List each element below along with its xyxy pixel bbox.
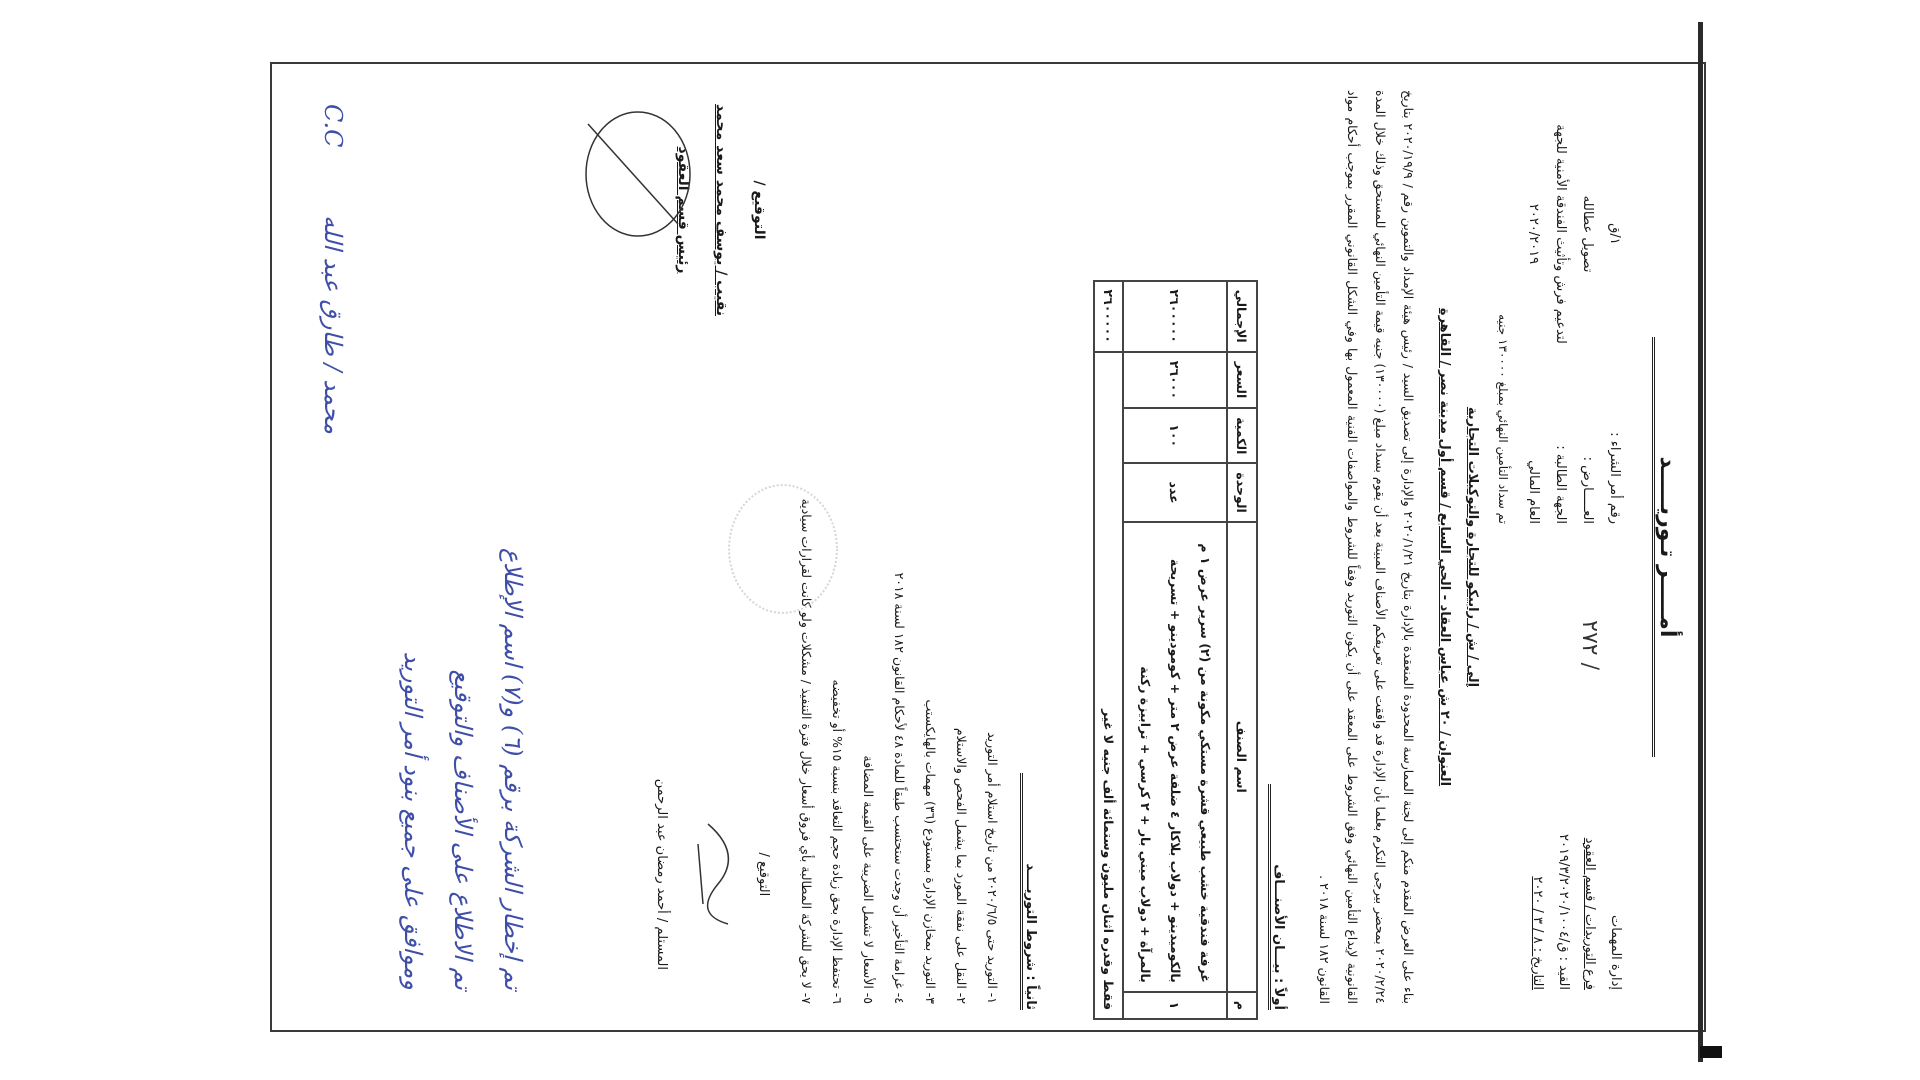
order-info-label: العام المالي bbox=[1520, 384, 1547, 524]
record-value: ق/٢٠١٩/٣/٢٠٢٠/١٠٠٤ bbox=[1556, 834, 1571, 952]
receiver-name: المستلم / أحمد رمضان عبد الرحمن bbox=[646, 779, 676, 970]
handwritten-note: تم إخطار الشركة برقم (٦) و(٧) اسم الإطلا… bbox=[488, 104, 538, 990]
grand-total: ٢٦٠٠٠٠٠ bbox=[1094, 281, 1123, 352]
cell-quantity: ١٠٠ bbox=[1123, 408, 1227, 463]
col-header-total: الإجمالي bbox=[1227, 281, 1257, 352]
order-info-value: ٢٠٢٠/٢٠١٩ bbox=[1520, 84, 1547, 384]
items-table: م اسم الصنف الوحدة الكمية السعر الإجمالي… bbox=[1093, 280, 1258, 1020]
col-header-quantity: الكمية bbox=[1227, 408, 1257, 463]
scan-corner-mark bbox=[1700, 1046, 1722, 1058]
issuer-department: إدارة المهمات bbox=[1602, 834, 1628, 990]
officer-name: نقيب / يوسف محمد سعد محمد bbox=[702, 104, 740, 316]
receiver-signature-label: التوقيع / bbox=[748, 779, 778, 970]
officer-signature-circle bbox=[578, 104, 698, 244]
term-item: ١- التوريد حتى ٢٠٢٠/٦/٥ من تاريخ استلام … bbox=[977, 124, 1008, 1004]
addressee: إلى / ش / رابيكو للتجارة والتوكيلات التج… bbox=[1465, 64, 1480, 1030]
order-info-row: العـــــارض :تصويل عطالله bbox=[1574, 84, 1601, 524]
date-value: ٨ / ٣ / ٢٠٢٠ bbox=[1530, 876, 1545, 943]
table-row: ١ غرفة فندقية خشب طبيعي قشرة مستكي مكونة… bbox=[1123, 281, 1227, 1019]
term-item: ٤- غرامة التأخير أن وجدت ستحتسب طبقاً لل… bbox=[884, 124, 915, 1004]
cell-no: ١ bbox=[1123, 992, 1227, 1019]
officer-signature-label: التوقيع / bbox=[740, 104, 778, 316]
issuer-block: إدارة المهمات فرع التوريدات / قسم العقود… bbox=[1524, 834, 1628, 990]
supply-order-page: أمـــــر تـوريـــــد إدارة المهمات فرع ا… bbox=[270, 64, 1698, 1030]
handwritten-ref-number: / ٢٧٢ bbox=[1577, 620, 1602, 670]
table-header-row: م اسم الصنف الوحدة الكمية السعر الإجمالي bbox=[1227, 281, 1257, 1019]
term-item: ٢- النقل على نفقة المورد بما يشمل الفحص … bbox=[946, 124, 977, 1004]
table-total-row: فقط وقدره اثنان مليون وستمائة ألف جنيه ل… bbox=[1094, 281, 1123, 1019]
document-title: أمـــــر تـوريـــــد bbox=[1652, 64, 1680, 1030]
order-info-row: الجهة الطالبة :لتدعيم فرش وتأثيث الفندقة… bbox=[1547, 84, 1574, 524]
handwritten-notes: تم إخطار الشركة برقم (٦) و(٧) اسم الإطلا… bbox=[388, 104, 538, 990]
order-info-label: رقم أمر الشراء : bbox=[1601, 384, 1628, 524]
cell-unit: عدد bbox=[1123, 463, 1227, 521]
payment-note: تم سداد التأمين النهائي بمبلغ ١٣٠٠٠٠ جني… bbox=[1489, 84, 1516, 524]
order-info-label: العـــــارض : bbox=[1574, 384, 1601, 524]
col-header-price: السعر bbox=[1227, 352, 1257, 408]
cell-total: ٢٦٠٠٠٠٠ bbox=[1123, 281, 1227, 352]
term-item: ٣- التوريد بمخازن الإدارة بمستودع (٣٦) م… bbox=[915, 124, 946, 1004]
order-info-row: العام المالي٢٠٢٠/٢٠١٩ bbox=[1520, 84, 1547, 524]
section-items-title: أولاً : بيـــان الأصنـــاف bbox=[1271, 784, 1286, 1010]
handwritten-cc: C.C bbox=[319, 104, 347, 148]
section-terms-title-text: ثانياً : شروط التوريــــد bbox=[1020, 773, 1038, 1010]
order-info-value: تصويل عطالله bbox=[1574, 84, 1601, 384]
issuer-branch: فرع التوريدات / قسم العقود bbox=[1576, 834, 1602, 990]
receiver-signature-block: التوقيع / المستلم / أحمد رمضان عبد الرحم… bbox=[646, 779, 778, 970]
handwritten-note: وموافق على جميع بنود أمر التوريد bbox=[388, 104, 438, 990]
section-items-title-text: أولاً : بيـــان الأصنـــاف bbox=[1268, 784, 1286, 1010]
col-header-no: م bbox=[1227, 992, 1257, 1019]
order-info-value: لتدعيم فرش وتأثيث الفندقة الأمنية للجهة bbox=[1547, 84, 1574, 384]
section-terms-title: ثانياً : شروط التوريــــد bbox=[1023, 773, 1038, 1010]
handwritten-note: تم الاطلاع على الأصناف والتوقيع bbox=[438, 104, 488, 990]
col-header-item-name: اسم الصنف bbox=[1227, 522, 1257, 992]
term-item: ٥- الأسعار لا تشمل الضريبة على القيمة ال… bbox=[853, 124, 884, 1004]
receiver-signature-scribble bbox=[688, 814, 748, 934]
date-label: التاريخ bbox=[1530, 956, 1545, 990]
handwritten-signoff: محمد / طارق عبد الله C.C bbox=[308, 104, 358, 990]
record-line: القيد : ق/٢٠١٩/٣/٢٠٢٠/١٠٠٤ bbox=[1550, 834, 1576, 990]
address-line: العنوان / ٢٠ ش عباس العقاد - الحي السابع… bbox=[1437, 64, 1452, 1030]
col-header-unit: الوحدة bbox=[1227, 463, 1257, 521]
order-info-row: رقم أمر الشراء :١/ق bbox=[1601, 84, 1628, 524]
scan-edge bbox=[1698, 22, 1703, 1062]
record-label: القيد bbox=[1556, 965, 1571, 990]
date-line: التاريخ : ٨ / ٣ / ٢٠٢٠ bbox=[1524, 834, 1550, 990]
official-stamp bbox=[728, 484, 838, 614]
cell-price: ٢٦٠٠٠ bbox=[1123, 352, 1227, 408]
handwritten-signoff-name: محمد / طارق عبد الله bbox=[319, 215, 347, 434]
body-paragraph: بناء على العرض المقدم منكم إلى لجنة المم… bbox=[1310, 90, 1422, 1004]
order-info-block: رقم أمر الشراء :١/ق العـــــارض :تصويل ع… bbox=[1489, 84, 1628, 524]
title-text: أمـــــر تـوريـــــد bbox=[1652, 337, 1680, 758]
order-info-value: ١/ق bbox=[1601, 84, 1628, 384]
order-info-label: الجهة الطالبة : bbox=[1547, 384, 1574, 524]
cell-description: غرفة فندقية خشب طبيعي قشرة مستكي مكونة م… bbox=[1123, 522, 1227, 992]
total-in-words: فقط وقدره اثنان مليون وستمائة ألف جنيه ل… bbox=[1094, 352, 1123, 1019]
